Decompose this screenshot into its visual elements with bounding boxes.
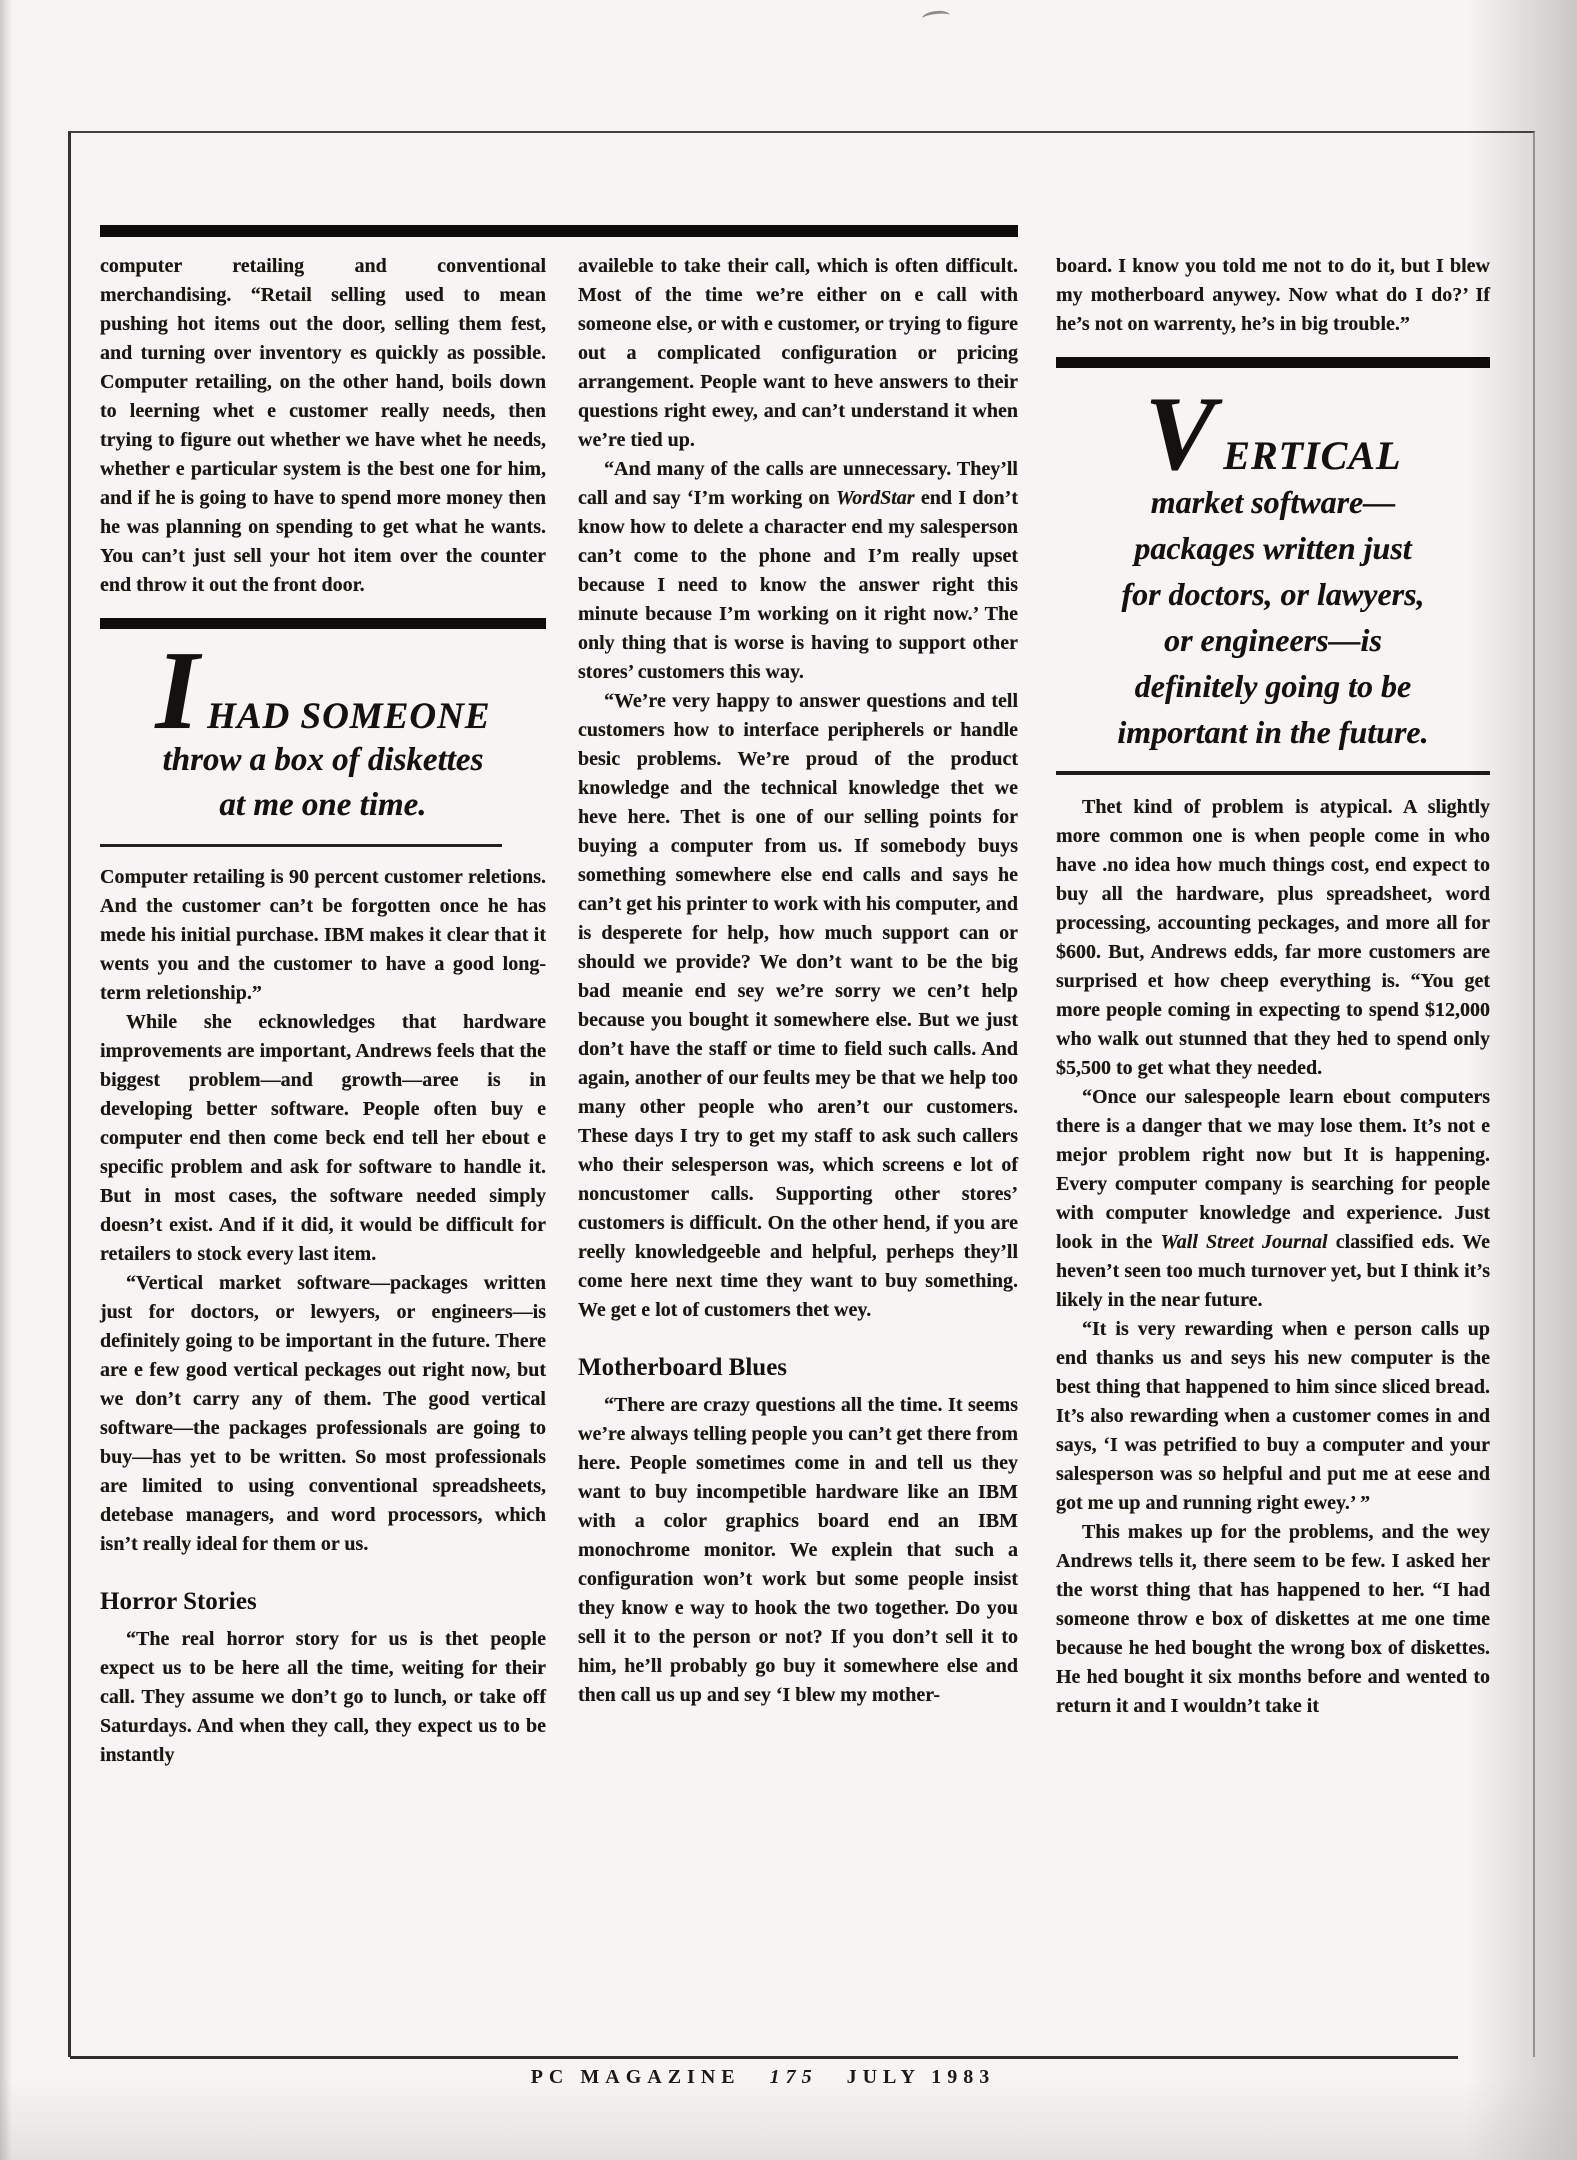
paragraph: Thet kind of problem is atypical. A slig… [1056, 793, 1490, 1083]
pull-quote-diskettes: I HAD SOMEONE throw a box of diskettes a… [100, 629, 546, 838]
drop-cap-v: V [1145, 394, 1216, 474]
pull-quote-line: definitely going to be [1056, 663, 1490, 709]
paragraph: “The real horror story for us is thet pe… [100, 1625, 546, 1770]
paragraph: “We’re very happy to answer questions an… [578, 687, 1018, 1325]
pull-quote-line: at me one time. [100, 783, 546, 828]
paragraph: board. I know you told me not to do it, … [1056, 252, 1490, 339]
pull-quote-line: or engineers—is [1056, 617, 1490, 663]
pull-quote-first-line: I HAD SOMEONE [100, 649, 546, 738]
section-heading-horror-stories: Horror Stories [100, 1587, 546, 1617]
pull-quote-line: for doctors, or lawyers, [1056, 571, 1490, 617]
section-heading-motherboard-blues: Motherboard Blues [578, 1353, 1018, 1383]
paragraph: “And many of the calls are unnecessary. … [578, 455, 1018, 687]
pull-quote-head-text: ERTICAL [1223, 432, 1401, 479]
pull-quote-first-line: V ERTICAL [1056, 394, 1490, 479]
paragraph: availeble to take their call, which is o… [578, 252, 1018, 455]
pull-quote-line: throw a box of diskettes [100, 738, 546, 783]
scan-edge-bottom [0, 2080, 1577, 2160]
paragraph: “It is very rewarding when e person call… [1056, 1315, 1490, 1518]
page-number: 175 [770, 2066, 818, 2088]
divider-rule-thin [1056, 771, 1490, 775]
column-3: board. I know you told me not to do it, … [1056, 252, 1490, 1721]
paragraph: This makes up for the problems, and the … [1056, 1518, 1490, 1721]
divider-rule-thick [1056, 357, 1490, 368]
pull-quote-line: important in the future. [1056, 709, 1490, 755]
paragraph: While she ecknowledges that hardware imp… [100, 1008, 546, 1269]
column-2: availeble to take their call, which is o… [578, 252, 1018, 1710]
divider-rule-thick [100, 618, 546, 629]
paragraph: “There are crazy questions all the time.… [578, 1391, 1018, 1710]
pull-quote-head-text: HAD SOMEONE [207, 695, 490, 738]
paragraph: “Once our salespeople learn ebout comput… [1056, 1083, 1490, 1315]
paragraph: “Vertical market software—packages writt… [100, 1269, 546, 1559]
paragraph: Computer retailing is 90 percent custome… [100, 863, 546, 1008]
paragraph: computer retailing and conventional merc… [100, 252, 546, 600]
scan-edge-left [0, 0, 12, 2160]
pull-quote-line: market software— [1056, 479, 1490, 525]
drop-cap-i: I [155, 649, 199, 733]
column-1: computer retailing and conventional merc… [100, 252, 546, 1770]
footer-rule [70, 2056, 1458, 2059]
divider-rule-thin [100, 844, 502, 847]
issue-date: JULY 1983 [847, 2066, 996, 2088]
page-footer: PC MAGAZINE 175 JULY 1983 [68, 2066, 1458, 2089]
pull-quote-vertical-software: V ERTICAL market software— packages writ… [1056, 368, 1490, 755]
scan-artifact-mark [921, 9, 950, 24]
top-thick-rule [100, 225, 1018, 237]
magazine-name: PC MAGAZINE [531, 2066, 741, 2088]
pull-quote-line: packages written just [1056, 525, 1490, 571]
